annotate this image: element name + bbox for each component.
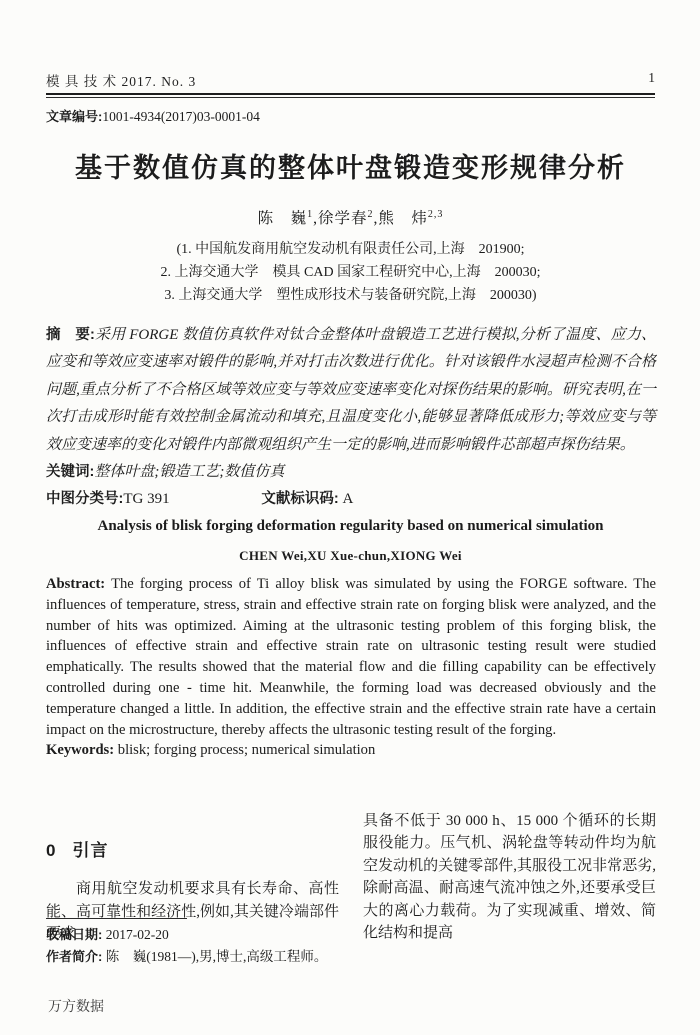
article-id-label: 文章编号:: [46, 109, 102, 124]
classification-line: 中图分类号:TG 391 文献标识码: A: [46, 486, 656, 513]
abstract-en-text: The forging process of Ti alloy blisk wa…: [46, 576, 656, 738]
running-header: 模 具 技 术 2017. No. 3 1: [46, 70, 655, 90]
author-affil-marker: 2,3: [428, 209, 444, 220]
right-column: 具备不低于 30 000 h、15 000 个循环的长期服役能力。压气机、涡轮盘…: [363, 810, 656, 946]
keywords-cn: 关键词:整体叶盘;锻造工艺;数值仿真: [46, 459, 656, 486]
author-bio-line: 作者简介: 陈 巍(1981—),男,博士,高级工程师。: [46, 946, 376, 968]
keywords-en-label: Keywords:: [46, 742, 114, 758]
abstract-en: Abstract: The forging process of Ti allo…: [46, 574, 656, 740]
author-cn: 陈 巍1: [258, 210, 314, 227]
page-number: 1: [648, 70, 655, 90]
journal-name: 模 具 技 术 2017. No. 3: [46, 70, 196, 90]
abstract-cn-text: 采用 FORGE 数值仿真软件对钛合金整体叶盘锻造工艺进行模拟,分析了温度、应力…: [46, 327, 656, 453]
keywords-en-text: blisk; forging process; numerical simula…: [118, 742, 376, 758]
author-bio-label: 作者简介:: [46, 949, 102, 964]
received-date-line: 收稿日期: 2017-02-20: [46, 924, 376, 946]
section-title: 引言: [72, 841, 108, 860]
affiliation-line: (1. 中国航发商用航空发动机有限责任公司,上海 201900;: [46, 238, 655, 261]
affiliation-line: 2. 上海交通大学 模具 CAD 国家工程研究中心,上海 200030;: [46, 261, 655, 284]
keywords-cn-label: 关键词:: [46, 464, 94, 480]
scanned-paper-page: 模 具 技 术 2017. No. 3 1 文章编号:1001-4934(201…: [0, 0, 700, 1035]
author-cn: 熊 炜2,3: [378, 210, 443, 227]
abstract-en-block: Abstract: The forging process of Ti allo…: [46, 574, 656, 761]
author-bio-value: 陈 巍(1981—),男,博士,高级工程师。: [106, 949, 328, 964]
affiliation-line: 3. 上海交通大学 塑性成形技术与装备研究院,上海 200030): [46, 284, 655, 307]
abstract-cn: 摘 要:采用 FORGE 数值仿真软件对钛合金整体叶盘锻造工艺进行模拟,分析了温…: [46, 322, 656, 459]
affiliations: (1. 中国航发商用航空发动机有限责任公司,上海 201900; 2. 上海交通…: [46, 238, 655, 307]
abstract-cn-label: 摘 要:: [46, 327, 95, 343]
keywords-cn-text: 整体叶盘;锻造工艺;数值仿真: [94, 464, 284, 480]
authors-cn: 陈 巍1,徐学春2,熊 炜2,3: [46, 206, 655, 228]
paper-title-cn: 基于数值仿真的整体叶盘锻造变形规律分析: [46, 146, 655, 185]
footnote-rule: [46, 918, 187, 919]
header-rule: [46, 93, 655, 98]
received-date-label: 收稿日期:: [46, 927, 102, 942]
section-number: 0: [46, 841, 56, 860]
received-date-value: 2017-02-20: [106, 927, 169, 942]
footnote-block: 收稿日期: 2017-02-20 作者简介: 陈 巍(1981—),男,博士,高…: [46, 918, 376, 968]
authors-en: CHEN Wei,XU Xue-chun,XIONG Wei: [46, 548, 655, 564]
intro-paragraph-right: 具备不低于 30 000 h、15 000 个循环的长期服役能力。压气机、涡轮盘…: [363, 810, 656, 944]
section-heading: 0引言: [46, 840, 339, 862]
abstract-cn-block: 摘 要:采用 FORGE 数值仿真软件对钛合金整体叶盘锻造工艺进行模拟,分析了温…: [46, 322, 656, 514]
keywords-en: Keywords: blisk; forging process; numeri…: [46, 740, 656, 761]
clc-number: 中图分类号:TG 391: [46, 486, 170, 513]
article-id-line: 文章编号:1001-4934(2017)03-0001-04: [46, 106, 260, 125]
abstract-en-label: Abstract:: [46, 576, 105, 592]
article-id-value: 1001-4934(2017)03-0001-04: [102, 109, 259, 124]
paper-title-en: Analysis of blisk forging deformation re…: [46, 518, 655, 535]
document-code: 文献标识码: A: [261, 486, 353, 513]
author-cn: 徐学春2: [318, 210, 374, 227]
wanfang-watermark: 万方数据: [48, 996, 104, 1016]
